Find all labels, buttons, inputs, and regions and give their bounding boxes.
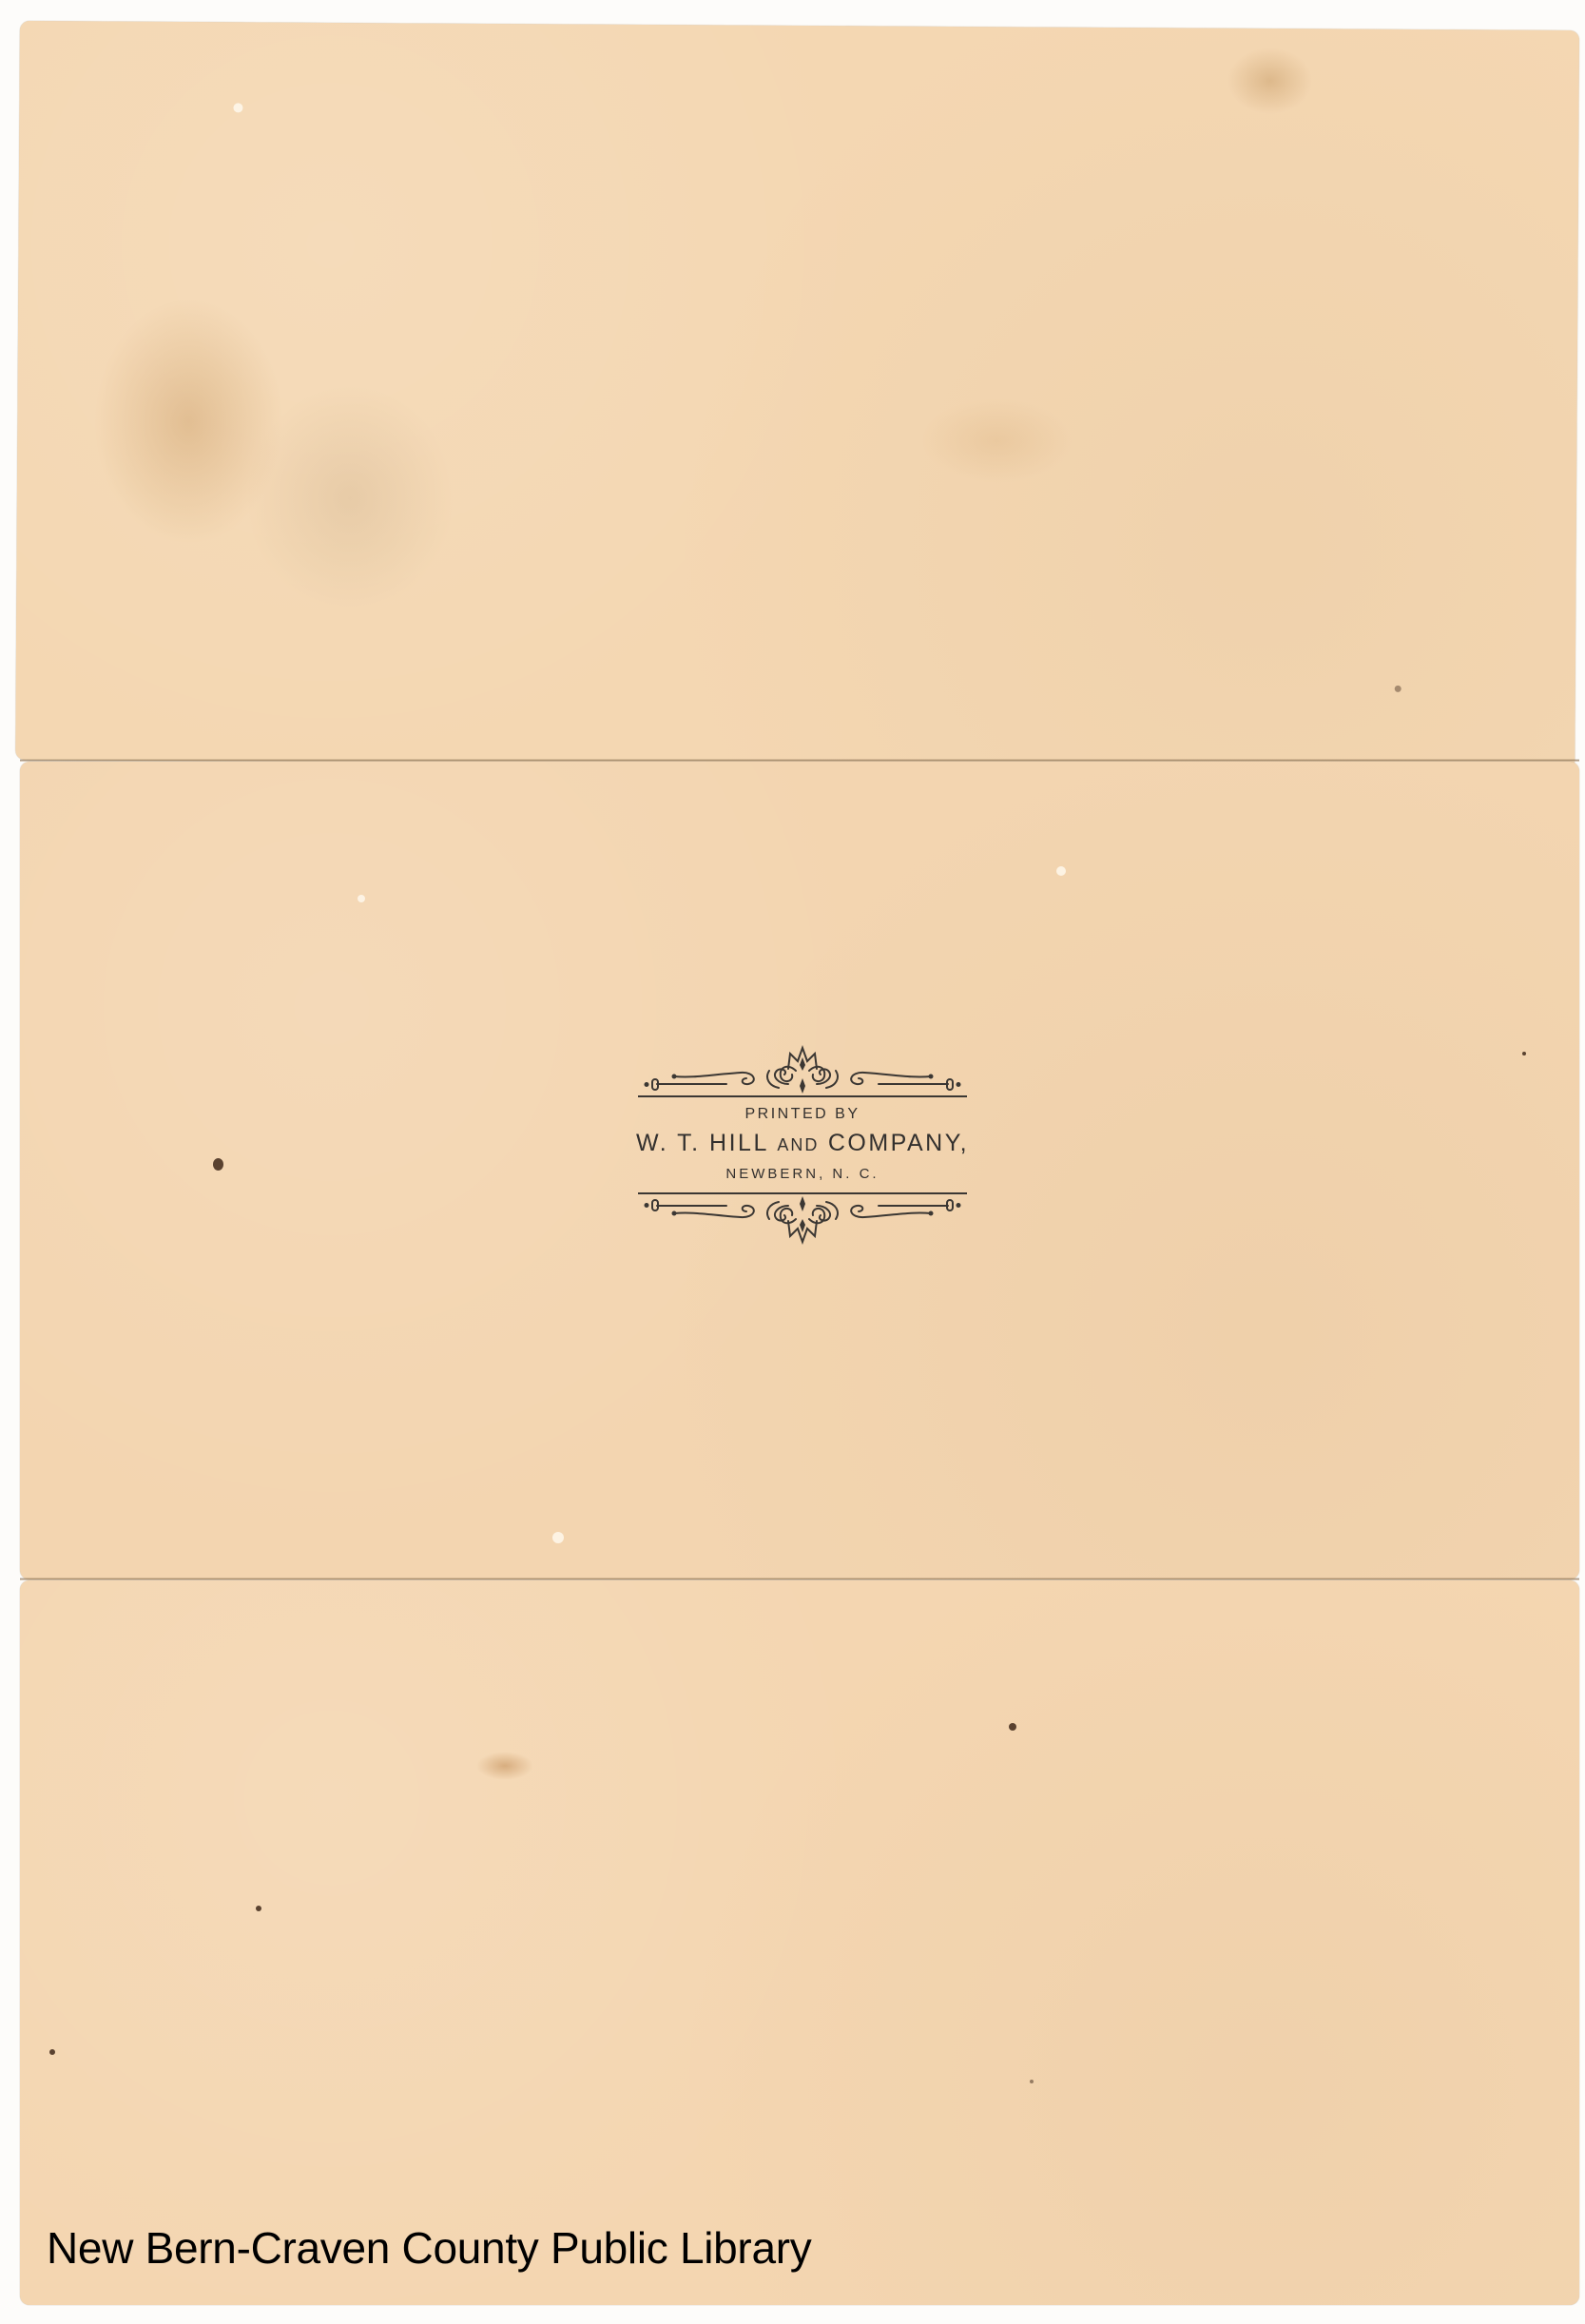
- paper-speck: [1030, 2080, 1034, 2083]
- paper-speck: [552, 1532, 564, 1543]
- ink-dot: [1009, 1723, 1016, 1731]
- top-rule: [638, 1095, 967, 1097]
- ink-dot: [213, 1158, 223, 1171]
- library-watermark: New Bern-Craven County Public Library: [47, 2222, 811, 2274]
- printer-name-conjunction: AND: [777, 1135, 819, 1154]
- top-panel: [15, 21, 1579, 769]
- faint-stain: [920, 397, 1073, 484]
- water-stain: [93, 297, 285, 545]
- printer-name-part2: COMPANY,: [828, 1130, 969, 1156]
- paper-speck: [358, 895, 365, 902]
- ink-dot: [256, 1906, 261, 1911]
- paper-speck: [1395, 686, 1401, 692]
- faint-stain: [244, 383, 454, 612]
- printed-by-label: PRINTED BY: [636, 1106, 969, 1123]
- printer-name: W. T. HILL AND COMPANY,: [636, 1130, 969, 1158]
- printer-imprint: PRINTED BY W. T. HILL AND COMPANY, NEWBE…: [636, 1042, 969, 1253]
- bottom-panel: [20, 1580, 1579, 2305]
- printer-location: NEWBERN, N. C.: [636, 1166, 969, 1183]
- paper-speck: [1522, 1052, 1526, 1055]
- printer-name-part1: W. T. HILL: [636, 1130, 768, 1156]
- corner-stain: [1227, 48, 1312, 115]
- paper-speck: [1056, 866, 1066, 876]
- paper-speck: [233, 103, 242, 112]
- bottom-ornament-icon: [636, 1194, 969, 1248]
- top-ornament-icon: [636, 1042, 969, 1095]
- ink-dot: [49, 2049, 55, 2055]
- small-stain: [476, 1752, 533, 1780]
